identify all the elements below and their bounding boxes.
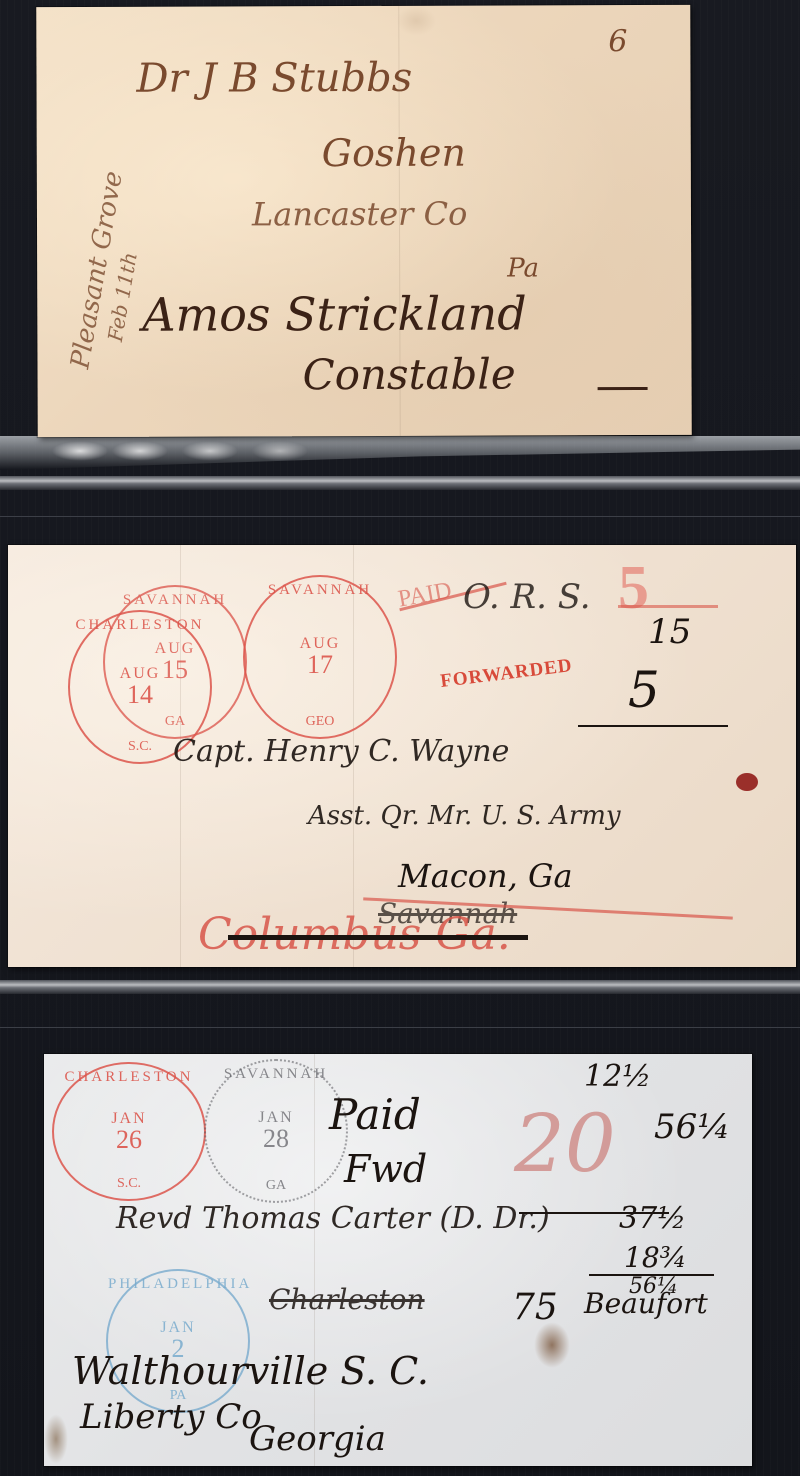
postmark-charleston: CHARLESTON JAN 26 S.C. (52, 1062, 206, 1201)
addressee-title: Asst. Qr. Mr. U. S. Army (308, 803, 621, 829)
rate-75: 75 (512, 1290, 558, 1326)
rate-37-half: 37½ (619, 1204, 686, 1234)
paid-endorsement: Paid (329, 1094, 421, 1136)
paper-stain (44, 1414, 68, 1464)
signature-name: Amos Strickland (142, 290, 526, 337)
address-town: Walthourville S. C. (72, 1352, 429, 1390)
strip-divider-2 (0, 980, 800, 994)
postmark-savannah: SAVANNAH JAN 28 GA (204, 1059, 348, 1203)
address-town: Goshen (322, 134, 466, 173)
rate-strike (618, 605, 718, 608)
postmark-savannah-2: SAVANNAH AUG 17 GEO (243, 575, 397, 739)
rate-handstamp-5: 5 (618, 553, 649, 624)
address-county: Lancaster Co (252, 198, 467, 231)
address-county: Liberty Co (80, 1400, 262, 1434)
addressee-name: Capt. Henry C. Wayne (173, 737, 509, 767)
postal-cover-2: CHARLESTON AUG 14 S.C. SAVANNAH AUG 15 G… (8, 545, 796, 967)
addressee-name: Revd Thomas Carter (D. Dr.) (116, 1204, 550, 1234)
address-state: Georgia (249, 1422, 386, 1456)
postal-cover-3: CHARLESTON JAN 26 S.C. SAVANNAH JAN 28 G… (44, 1054, 752, 1466)
red-wax-spot (736, 773, 758, 791)
rate-56-quarter: 56¼ (654, 1110, 730, 1144)
ink-stain (534, 1322, 570, 1368)
sleeve-glare-top (0, 436, 800, 470)
rate-marking: 6 (608, 27, 627, 57)
postmark-savannah-1: SAVANNAH AUG 15 GA (103, 585, 247, 739)
pink-rate-20: 20 (514, 1104, 616, 1184)
strip-line-1 (0, 516, 800, 517)
crossed-out-charleston: Charleston (269, 1286, 425, 1314)
initials: O. R. S. (463, 580, 591, 614)
forward-destination: Macon, Ga (398, 860, 573, 892)
forward-to-beaufort: Beaufort (584, 1290, 708, 1318)
rate-12-half: 12½ (584, 1062, 651, 1092)
rate-18-3quarter: 18¾ (624, 1244, 687, 1272)
forwarded-endorsement: Fwd (344, 1150, 427, 1188)
black-strike (228, 935, 528, 940)
strip-divider-1 (0, 476, 800, 490)
signature-flourish (598, 387, 648, 390)
paper-stain (396, 6, 436, 36)
rate-total-line (578, 725, 728, 727)
rate-5: 5 (628, 665, 660, 715)
address-state: Pa (507, 255, 539, 281)
addressee-name: Dr J B Stubbs (136, 58, 412, 99)
stock-page-background: Pleasant Grove Feb 11th 6 Dr J B Stubbs … (0, 0, 800, 1476)
signature-title: Constable (302, 353, 515, 396)
rate-15: 15 (648, 615, 691, 649)
strip-line-2 (0, 1027, 800, 1028)
forwarded-handstamp: FORWARDED (439, 655, 574, 693)
postal-cover-1: Pleasant Grove Feb 11th 6 Dr J B Stubbs … (36, 5, 691, 437)
